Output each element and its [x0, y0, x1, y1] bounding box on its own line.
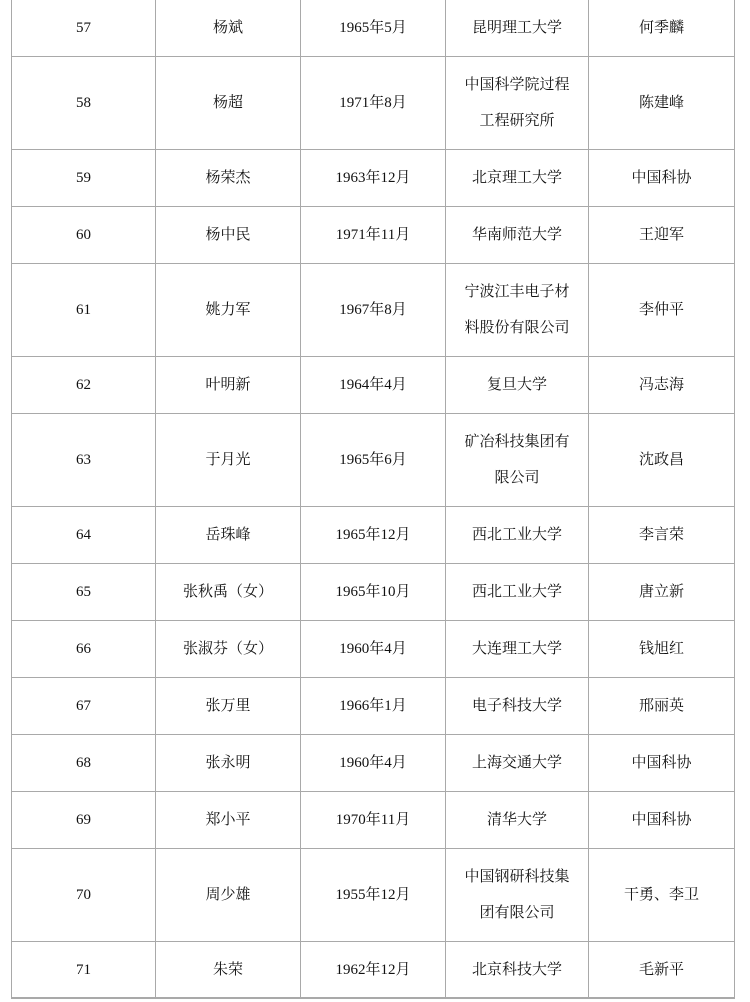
cell-organization: 华南师范大学: [446, 207, 589, 264]
org-line: 电子科技大学: [450, 688, 584, 724]
cell-name: 叶明新: [156, 357, 301, 414]
cell-birth: 1965年5月: [301, 0, 446, 57]
cell-birth: 1967年8月: [301, 264, 446, 357]
org-line: 清华大学: [450, 802, 584, 838]
cell-organization: 复旦大学: [446, 357, 589, 414]
cell-number: 71: [12, 942, 156, 999]
org-line: 西北工业大学: [450, 574, 584, 610]
cell-organization: 上海交通大学: [446, 735, 589, 792]
cell-name: 姚力军: [156, 264, 301, 357]
cell-nominator: 唐立新: [589, 564, 735, 621]
cell-organization: 北京理工大学: [446, 150, 589, 207]
org-line: 矿冶科技集团有: [450, 424, 584, 460]
cell-number: 59: [12, 150, 156, 207]
cell-number: 57: [12, 0, 156, 57]
cell-name: 张万里: [156, 678, 301, 735]
cell-birth: 1960年4月: [301, 735, 446, 792]
cell-organization: 中国钢研科技集团有限公司: [446, 849, 589, 942]
cell-number: 58: [12, 57, 156, 150]
table-row: 58 杨超 1971年8月 中国科学院过程工程研究所 陈建峰: [12, 57, 735, 150]
cell-nominator: 李言荣: [589, 507, 735, 564]
cell-organization: 宁波江丰电子材料股份有限公司: [446, 264, 589, 357]
cell-name: 杨斌: [156, 0, 301, 57]
cell-nominator: 中国科协: [589, 735, 735, 792]
cell-nominator: 邢丽英: [589, 678, 735, 735]
cell-name: 张永明: [156, 735, 301, 792]
cell-organization: 大连理工大学: [446, 621, 589, 678]
cell-name: 周少雄: [156, 849, 301, 942]
cell-birth: 1971年8月: [301, 57, 446, 150]
cell-nominator: 干勇、李卫: [589, 849, 735, 942]
cell-number: 62: [12, 357, 156, 414]
cell-name: 杨荣杰: [156, 150, 301, 207]
cell-number: 69: [12, 792, 156, 849]
table-row: 60 杨中民 1971年11月 华南师范大学 王迎军: [12, 207, 735, 264]
org-line: 中国钢研科技集: [450, 859, 584, 895]
cell-number: 63: [12, 414, 156, 507]
table-row: 57 杨斌 1965年5月 昆明理工大学 何季麟: [12, 0, 735, 57]
cell-number: 70: [12, 849, 156, 942]
cell-organization: 电子科技大学: [446, 678, 589, 735]
cell-birth: 1965年10月: [301, 564, 446, 621]
cell-nominator: 李仲平: [589, 264, 735, 357]
table-row: 64 岳珠峰 1965年12月 西北工业大学 李言荣: [12, 507, 735, 564]
cell-organization: 昆明理工大学: [446, 0, 589, 57]
cell-nominator: 毛新平: [589, 942, 735, 999]
cell-number: 61: [12, 264, 156, 357]
cell-nominator: 钱旭红: [589, 621, 735, 678]
cell-nominator: 中国科协: [589, 150, 735, 207]
cell-birth: 1964年4月: [301, 357, 446, 414]
table-row: 67 张万里 1966年1月 电子科技大学 邢丽英: [12, 678, 735, 735]
table-row: 62 叶明新 1964年4月 复旦大学 冯志海: [12, 357, 735, 414]
cell-nominator: 中国科协: [589, 792, 735, 849]
cell-name: 张秋禹（女）: [156, 564, 301, 621]
org-line: 华南师范大学: [450, 217, 584, 253]
cell-name: 郑小平: [156, 792, 301, 849]
cell-organization: 清华大学: [446, 792, 589, 849]
cell-number: 64: [12, 507, 156, 564]
table-row: 63 于月光 1965年6月 矿冶科技集团有限公司 沈政昌: [12, 414, 735, 507]
cell-nominator: 陈建峰: [589, 57, 735, 150]
cell-name: 岳珠峰: [156, 507, 301, 564]
org-line: 大连理工大学: [450, 631, 584, 667]
org-line: 团有限公司: [450, 895, 584, 931]
cell-organization: 西北工业大学: [446, 507, 589, 564]
cell-birth: 1971年11月: [301, 207, 446, 264]
cell-organization: 矿冶科技集团有限公司: [446, 414, 589, 507]
org-line: 昆明理工大学: [450, 10, 584, 46]
cell-organization: 北京科技大学: [446, 942, 589, 999]
org-line: 中国科学院过程: [450, 67, 584, 103]
cell-number: 66: [12, 621, 156, 678]
cell-number: 68: [12, 735, 156, 792]
org-line: 料股份有限公司: [450, 310, 584, 346]
cell-nominator: 冯志海: [589, 357, 735, 414]
table-row: 69 郑小平 1970年11月 清华大学 中国科协: [12, 792, 735, 849]
cell-number: 67: [12, 678, 156, 735]
cell-birth: 1966年1月: [301, 678, 446, 735]
cell-name: 杨中民: [156, 207, 301, 264]
candidate-table-body: 57 杨斌 1965年5月 昆明理工大学 何季麟 58 杨超 1971年8月 中…: [12, 0, 735, 998]
table-row: 61 姚力军 1967年8月 宁波江丰电子材料股份有限公司 李仲平: [12, 264, 735, 357]
cell-number: 60: [12, 207, 156, 264]
cell-birth: 1965年12月: [301, 507, 446, 564]
org-line: 工程研究所: [450, 103, 584, 139]
cell-nominator: 何季麟: [589, 0, 735, 57]
table-row: 66 张淑芬（女） 1960年4月 大连理工大学 钱旭红: [12, 621, 735, 678]
org-line: 宁波江丰电子材: [450, 274, 584, 310]
org-line: 北京理工大学: [450, 160, 584, 196]
org-line: 上海交通大学: [450, 745, 584, 781]
cell-name: 张淑芬（女）: [156, 621, 301, 678]
table-row: 71 朱荣 1962年12月 北京科技大学 毛新平: [12, 942, 735, 999]
cell-birth: 1962年12月: [301, 942, 446, 999]
org-line: 复旦大学: [450, 367, 584, 403]
org-line: 北京科技大学: [450, 952, 584, 988]
cell-organization: 中国科学院过程工程研究所: [446, 57, 589, 150]
cell-name: 于月光: [156, 414, 301, 507]
org-line: 限公司: [450, 460, 584, 496]
org-line: 西北工业大学: [450, 517, 584, 553]
cell-birth: 1963年12月: [301, 150, 446, 207]
cell-nominator: 王迎军: [589, 207, 735, 264]
cell-nominator: 沈政昌: [589, 414, 735, 507]
cell-organization: 西北工业大学: [446, 564, 589, 621]
table-row: 59 杨荣杰 1963年12月 北京理工大学 中国科协: [12, 150, 735, 207]
candidate-table: 57 杨斌 1965年5月 昆明理工大学 何季麟 58 杨超 1971年8月 中…: [11, 0, 735, 999]
cell-birth: 1970年11月: [301, 792, 446, 849]
cell-name: 朱荣: [156, 942, 301, 999]
cell-birth: 1955年12月: [301, 849, 446, 942]
table-row: 68 张永明 1960年4月 上海交通大学 中国科协: [12, 735, 735, 792]
table-row: 70 周少雄 1955年12月 中国钢研科技集团有限公司 干勇、李卫: [12, 849, 735, 942]
cell-number: 65: [12, 564, 156, 621]
table-row: 65 张秋禹（女） 1965年10月 西北工业大学 唐立新: [12, 564, 735, 621]
cell-birth: 1965年6月: [301, 414, 446, 507]
cell-birth: 1960年4月: [301, 621, 446, 678]
cell-name: 杨超: [156, 57, 301, 150]
